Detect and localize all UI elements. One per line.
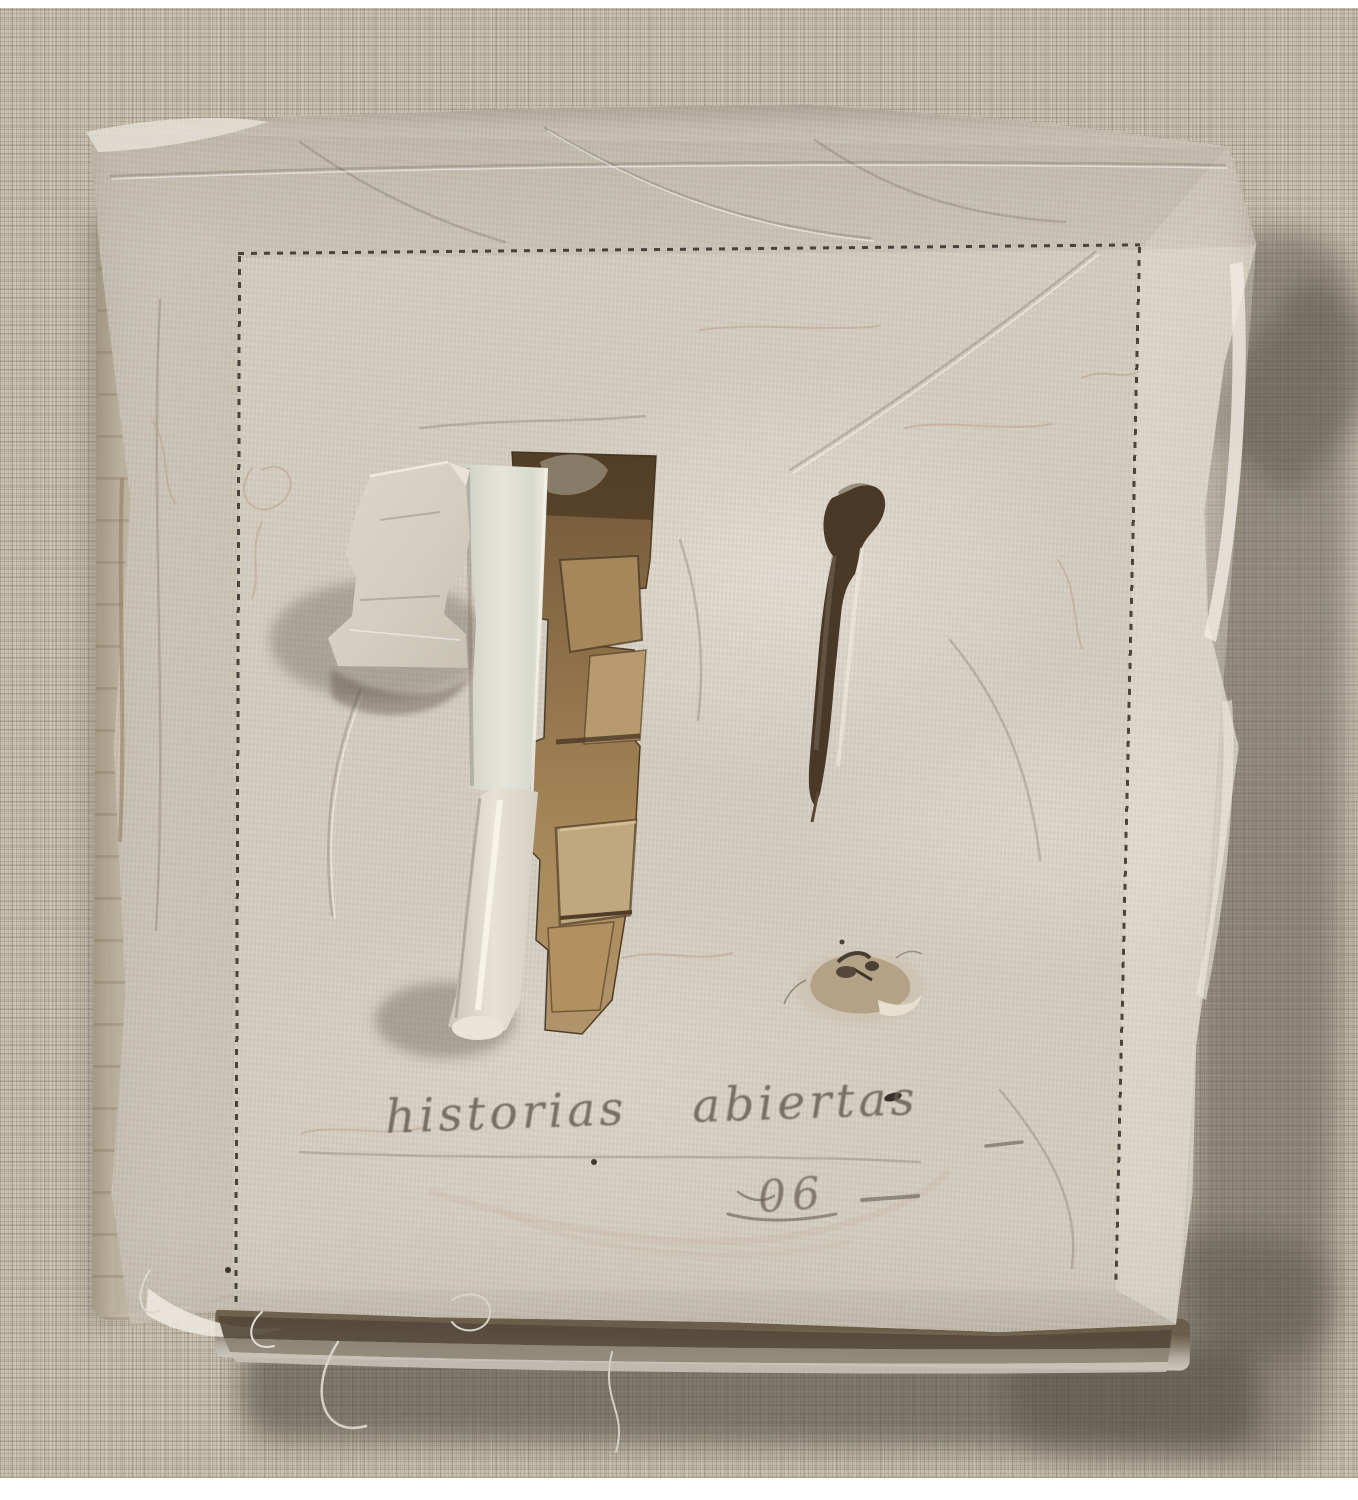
photo-of-artwork: historias abiertas 06 — [0, 0, 1358, 1500]
paper-book-cover — [76, 102, 1260, 1342]
inscription-year: 06 — [756, 1168, 827, 1224]
